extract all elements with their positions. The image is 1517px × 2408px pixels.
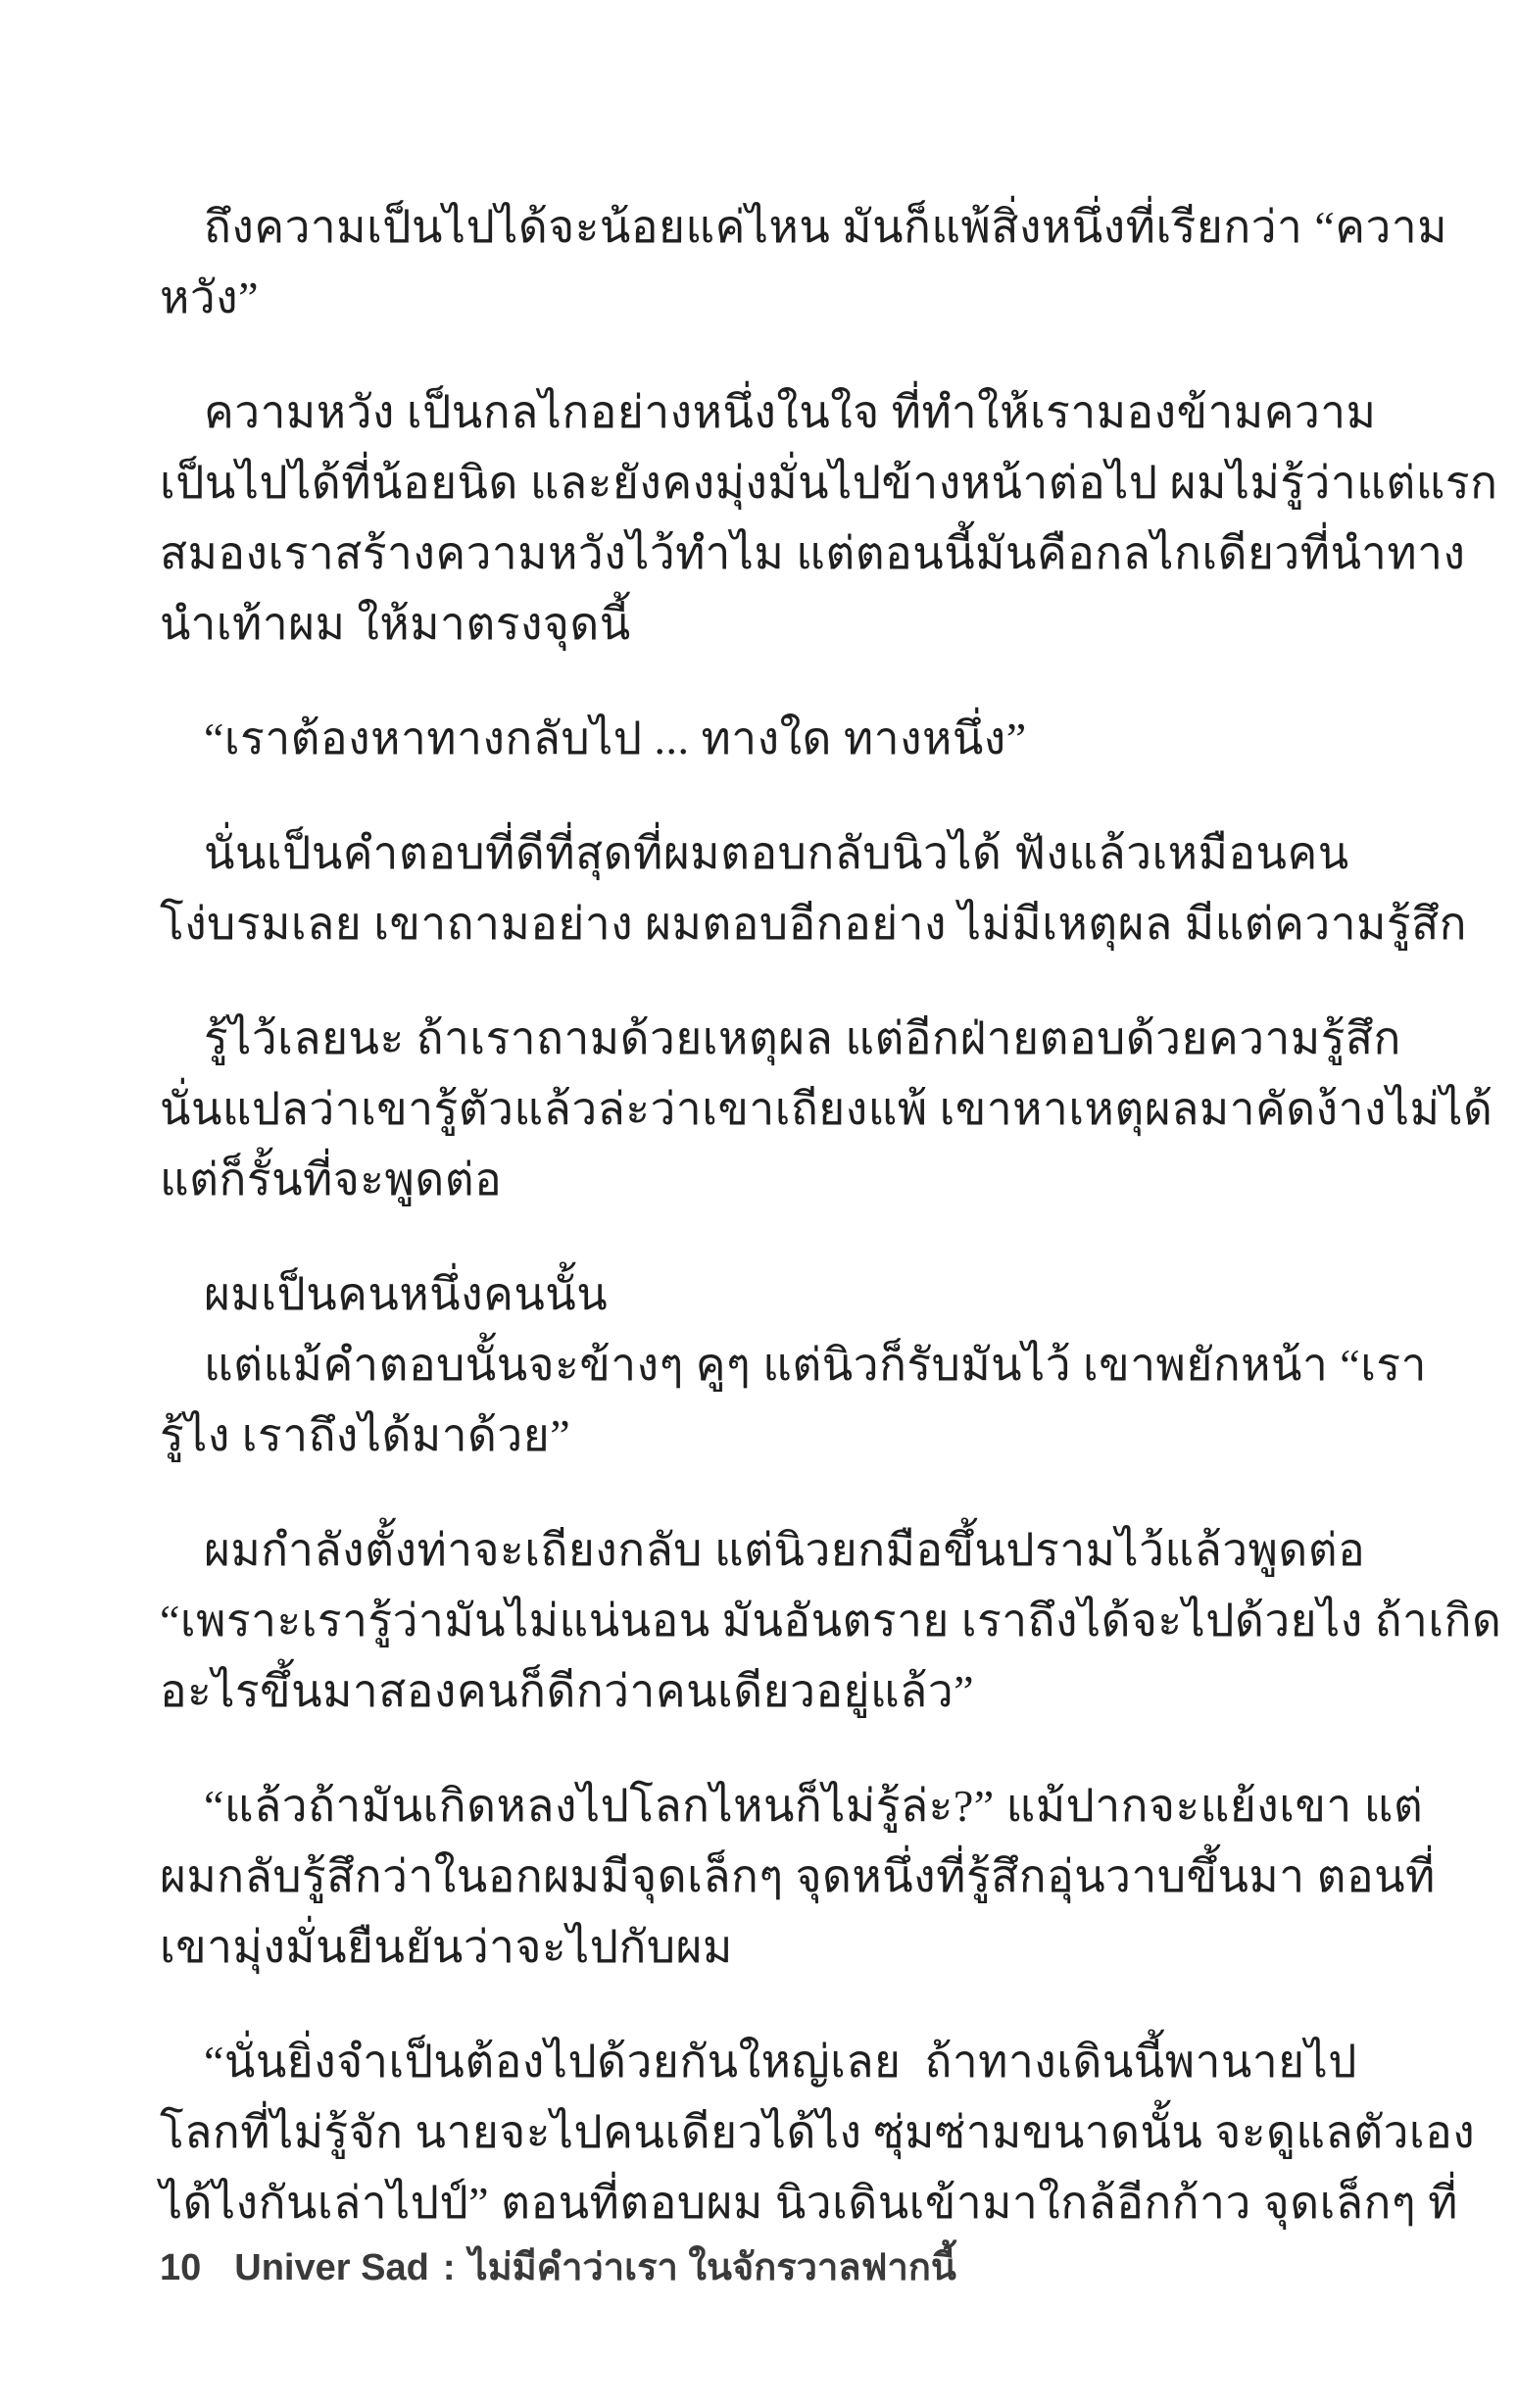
paragraph: “แล้วถ้ามันเกิดหลงไปโลกไหนก็ไม่รู้ล่ะ?” … [160,1771,1243,1983]
paragraph: ถึงความเป็นไปได้จะน้อยแค่ไหน มันก็แพ้สิ่… [160,192,1243,333]
paragraph-quote: “เราต้องหาทางกลับไป ... ทางใด ทางหนึ่ง” [160,704,1243,774]
paragraph: แต่แม้คำตอบนั้นจะข้างๆ คูๆ แต่นิวก็รับมั… [160,1330,1243,1471]
paragraph: ผมเป็นคนหนึ่งคนนั้น [160,1259,1243,1330]
paragraph: ผมกำลังตั้งท่าจะเถียงกลับ แต่นิวยกมือขึ้… [160,1515,1243,1727]
page-number: 10 [160,2247,201,2289]
paragraph: นั่นเป็นคำตอบที่ดีที่สุดที่ผมตอบกลับนิวไ… [160,818,1243,959]
book-page-text-block: ถึงความเป็นไปได้จะน้อยแค่ไหน มันก็แพ้สิ่… [160,192,1243,2238]
page-footer: 10 Univer Sad : ไม่มีคำว่าเรา ในจักรวาลฟ… [160,2236,956,2296]
paragraph: “นั่นยิ่งจำเป็นต้องไปด้วยกันใหญ่เลย ถ้าท… [160,2027,1243,2238]
footer-separator: : [443,2247,456,2289]
series-name: Univer Sad [234,2247,429,2289]
book-title: ไม่มีคำว่าเรา ในจักรวาลฟากนี้ [468,2236,955,2296]
paragraph: รู้ไว้เลยนะ ถ้าเราถามด้วยเหตุผล แต่อีกฝ่… [160,1004,1243,1215]
paragraph: ความหวัง เป็นกลไกอย่างหนึ่งในใจ ที่ทำให้… [160,377,1243,660]
